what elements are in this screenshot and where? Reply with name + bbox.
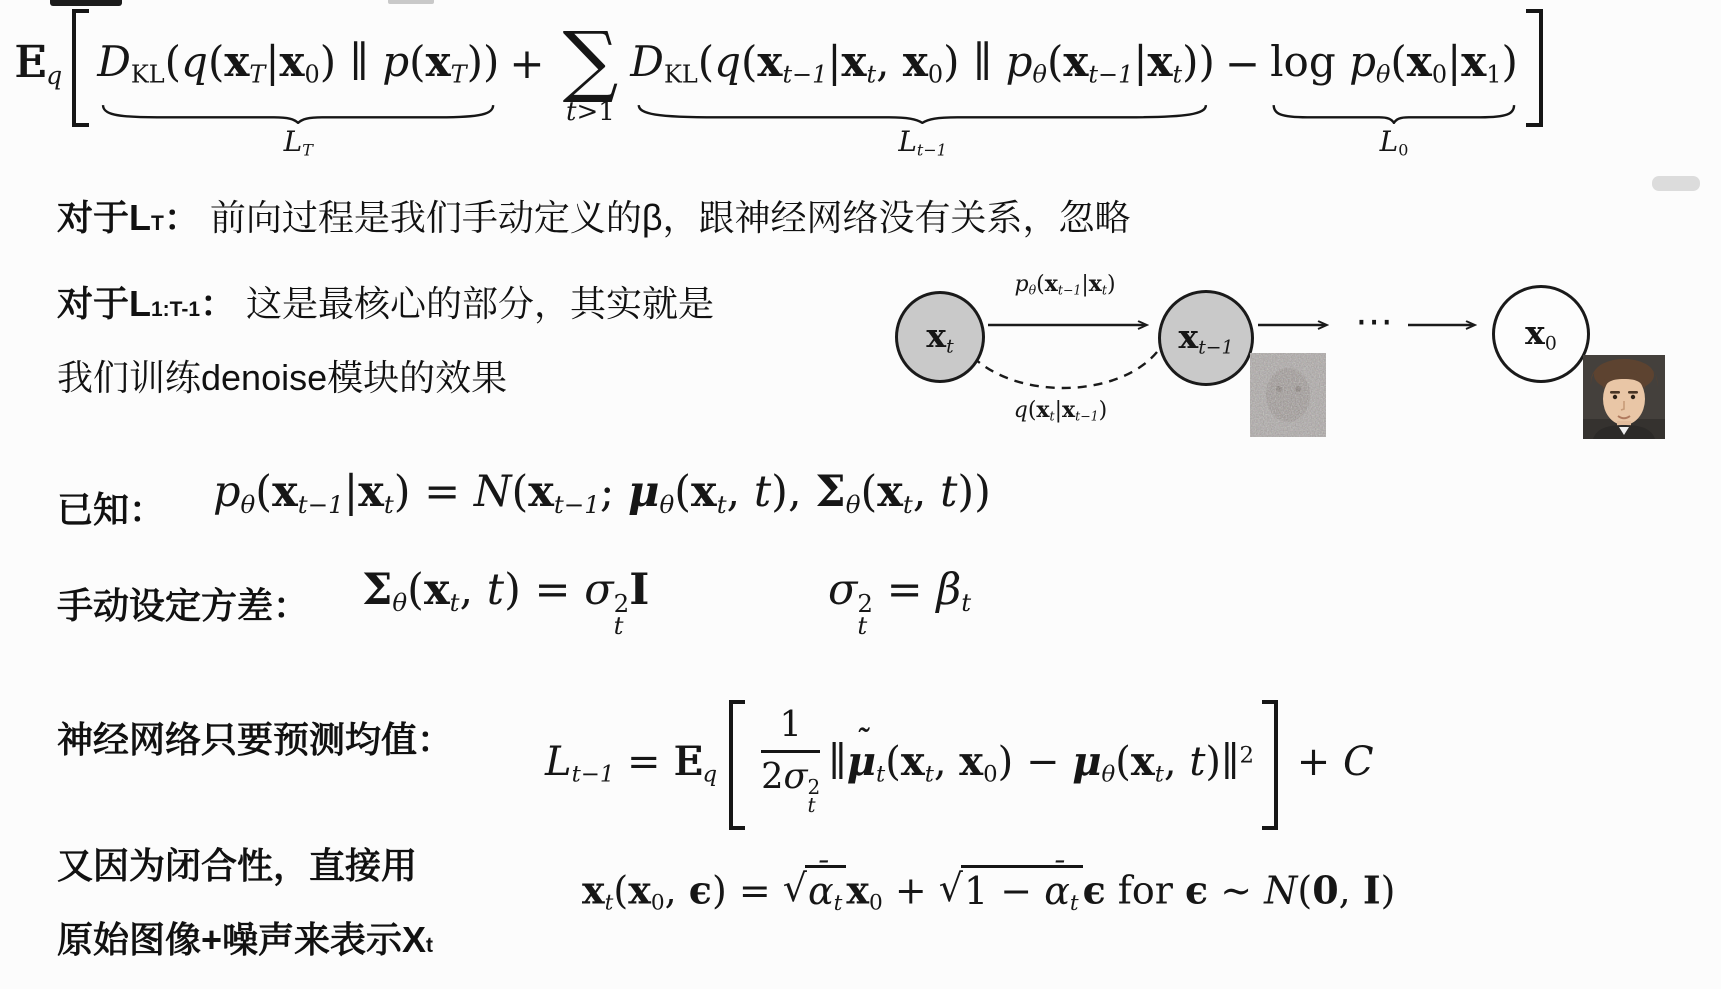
- note-lt-colon: ：: [164, 190, 200, 241]
- sigma-sum-icon: ∑: [563, 20, 619, 104]
- underbrace-lt: [97, 104, 499, 124]
- kl-term-lt1: DKL(q(xt−1|xt, x0) ∥ pθ(xt−1|xt)): [630, 38, 1215, 89]
- variance-label-row: 手动设定方差：: [57, 578, 309, 629]
- diffusion-chain-diagram: xt xt−1 x0 pθ(xt−1|xt) q(xt|xt−1) ⋯: [860, 250, 1721, 455]
- log-likelihood-term: log pθ(x0|x1): [1270, 38, 1518, 89]
- label-l0: L0: [1380, 126, 1409, 160]
- closure-text-1: 又因为闭合性，直接用: [57, 838, 417, 889]
- node-x0: x0: [1492, 285, 1590, 383]
- kl-term-lt: DKL(q(xT|x0) ∥ p(xT)): [97, 38, 499, 89]
- plus-operator: +: [509, 24, 544, 104]
- mean-label: 神经网络只要预测均值：: [57, 712, 453, 763]
- label-lt1: Lt−1: [898, 126, 947, 160]
- clean-face-image: [1583, 355, 1665, 439]
- elbo-term-lt1: DKL(q(xt−1|xt, x0) ∥ pθ(xt−1|xt)) Lt−1: [630, 24, 1215, 160]
- elbo-term-l0: log pθ(x0|x1) L0: [1270, 24, 1518, 160]
- expectation-operator: Eq: [14, 24, 62, 104]
- sigma-beta-formula: σ2t = βt: [828, 566, 971, 638]
- minus-operator: −: [1225, 24, 1260, 104]
- expectation-eq: Eq: [14, 38, 62, 91]
- left-square-bracket: [72, 9, 89, 127]
- p-theta-arrow-label: pθ(xt−1|xt): [970, 272, 1160, 298]
- sum-operator: ∑ t>1: [563, 24, 619, 128]
- reparameterization-formula: xt(x0, ϵ) = √α¯tx0 + √1 − α¯tϵ for ϵ ∼ N…: [582, 868, 1395, 920]
- gray-smudge-artifact: [1652, 176, 1700, 191]
- diffusion-dashed-arrow: [968, 352, 1157, 388]
- note-core-label-sub: 1:T-1: [151, 298, 200, 322]
- top-edge-artifact-light: [388, 0, 434, 4]
- note-core-row1: 对于L1:T-1： 这是最核心的部分，其实就是: [57, 276, 714, 327]
- elbo-decomposition-formula: Eq DKL(q(xT|x0) ∥ p(xT)) LT + ∑ t>1 DKL(…: [14, 24, 1543, 160]
- note-core-row2: 我们训练denoise模块的效果: [57, 350, 507, 401]
- closure-label-row1: 又因为闭合性，直接用: [57, 838, 417, 889]
- right-square-bracket: [1526, 9, 1543, 127]
- known-label-row: 已知：: [57, 482, 165, 533]
- closure-text-2: 原始图像+噪声来表示X: [57, 912, 426, 963]
- top-edge-artifact-dark: [50, 0, 122, 6]
- reverse-gaussian-formula: pθ(xt−1|xt) = N(xt−1; μθ(xt, t), Σθ(xt, …: [213, 468, 991, 519]
- variance-label: 手动设定方差：: [57, 578, 309, 629]
- node-xt: xt: [895, 291, 985, 383]
- slide-canvas: Eq DKL(q(xT|x0) ∥ p(xT)) LT + ∑ t>1 DKL(…: [0, 0, 1721, 989]
- underbrace-l0: [1270, 104, 1518, 124]
- note-lt-row: 对于LT： 前向过程是我们手动定义的β，跟神经网络没有关系，忽略: [57, 190, 1131, 241]
- note-lt-text: 前向过程是我们手动定义的β，跟神经网络没有关系，忽略: [210, 190, 1131, 241]
- noisy-face-image: [1250, 353, 1326, 437]
- note-lt-label-sub: T: [151, 212, 164, 236]
- note-core-colon: ：: [200, 276, 236, 327]
- underbrace-lt1: [630, 104, 1215, 124]
- note-core-label: 对于L: [57, 276, 151, 327]
- known-label: 已知：: [57, 482, 165, 533]
- closure-text-2-sub: t: [426, 934, 433, 958]
- q-arrow-label: q(xt|xt−1): [968, 398, 1153, 424]
- mean-label-row: 神经网络只要预测均值：: [57, 712, 453, 763]
- note-core-text2: 我们训练denoise模块的效果: [57, 350, 507, 401]
- elbo-term-lt: DKL(q(xT|x0) ∥ p(xT)) LT: [97, 24, 499, 160]
- label-lt: LT: [284, 126, 313, 160]
- note-lt-label: 对于L: [57, 190, 151, 241]
- note-core-text1: 这是最核心的部分，其实就是: [246, 276, 714, 327]
- mean-loss-formula: Lt−1 = Eq12σ2t∥μ˜t(xt, x0) − μθ(xt, t)∥2…: [545, 700, 1374, 830]
- closure-label-row2: 原始图像+噪声来表示Xt: [57, 912, 433, 963]
- fixed-variance-formula: Σθ(xt, t) = σ2tI: [362, 566, 649, 638]
- sum-limit: t>1: [566, 98, 615, 128]
- node-xt-1: xt−1: [1158, 290, 1254, 386]
- ellipsis-dots: ⋯: [1338, 300, 1410, 344]
